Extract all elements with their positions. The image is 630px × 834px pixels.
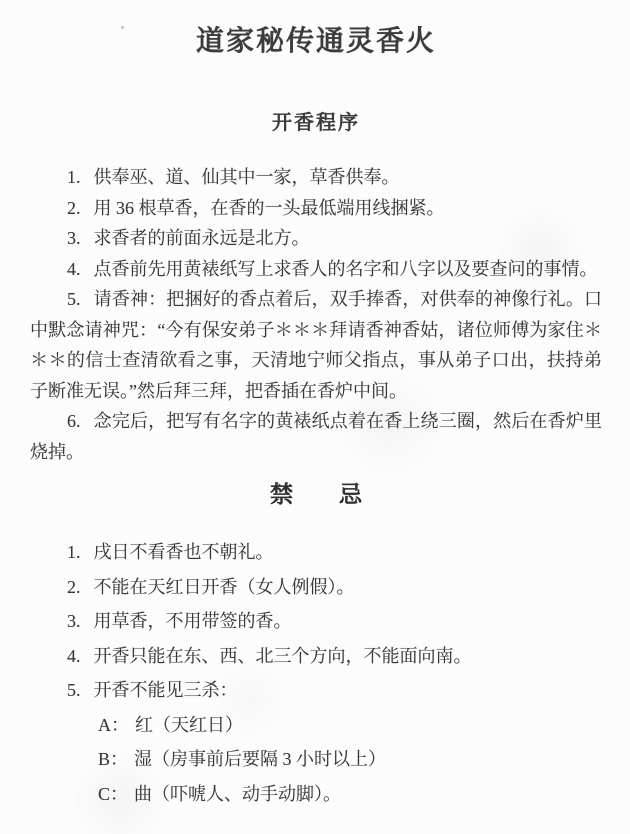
procedure-item-5: 5.请香神：把捆好的香点着后，双手捧香，对供奉的神像行礼。口中默念请神咒：“今有… xyxy=(30,284,602,406)
scanned-document-page: 道家秘传通灵香火 开香程序 1.供奉巫、道、仙其中一家，草香供奉。 2.用 36… xyxy=(0,0,630,834)
procedure-item-4: 4.点香前先用黄裱纸写上求香人的名字和八字以及要查问的事情。 xyxy=(30,254,602,285)
procedure-list: 1.供奉巫、道、仙其中一家，草香供奉。 2.用 36 根草香，在香的一头最低端用… xyxy=(30,162,602,467)
taboo-list: 1.戌日不看香也不朝礼。 2.不能在天红日开香（女人例假）。 3.用草香，不用带… xyxy=(30,535,602,811)
procedure-item-1: 1.供奉巫、道、仙其中一家，草香供奉。 xyxy=(30,162,602,193)
taboo-subitem-c: C：曲（吓唬人、动手动脚）。 xyxy=(30,777,602,812)
item-text: 念完后，把写有名字的黄裱纸点着在香上绕三圈，然后在香炉里烧掉。 xyxy=(30,411,602,462)
item-text: 点香前先用黄裱纸写上求香人的名字和八字以及要查问的事情。 xyxy=(94,259,598,279)
procedure-item-3: 3.求香者的前面永远是北方。 xyxy=(30,223,602,254)
taboo-item-5: 5.开香不能见三杀： xyxy=(30,673,602,708)
item-number: 1. xyxy=(67,542,81,562)
subitem-text: 曲（吓唬人、动手动脚）。 xyxy=(134,784,341,804)
procedure-item-6: 6.念完后，把写有名字的黄裱纸点着在香上绕三圈，然后在香炉里烧掉。 xyxy=(30,406,602,467)
taboo-section-heading: 禁 忌 xyxy=(30,479,602,509)
item-number: 6. xyxy=(67,411,81,431)
scan-speck xyxy=(121,26,124,29)
item-number: 3. xyxy=(67,228,81,248)
item-text: 求香者的前面永远是北方。 xyxy=(94,228,310,248)
procedure-item-2: 2.用 36 根草香，在香的一头最低端用线捆紧。 xyxy=(30,193,602,224)
taboo-item-1: 1.戌日不看香也不朝礼。 xyxy=(30,535,602,570)
item-text: 开香只能在东、西、北三个方向，不能面向南。 xyxy=(94,646,472,666)
item-text: 用 36 根草香，在香的一头最低端用线捆紧。 xyxy=(94,198,445,218)
subitem-label: B： xyxy=(98,749,128,769)
item-number: 2. xyxy=(67,577,81,597)
item-number: 3. xyxy=(67,611,81,631)
taboo-subitem-a: A：红（天红日） xyxy=(30,708,602,743)
page-content: 道家秘传通灵香火 开香程序 1.供奉巫、道、仙其中一家，草香供奉。 2.用 36… xyxy=(0,24,630,811)
subitem-label: C： xyxy=(98,784,128,804)
item-text: 供奉巫、道、仙其中一家，草香供奉。 xyxy=(94,167,400,187)
item-number: 2. xyxy=(67,198,81,218)
subitem-text: 红（天红日） xyxy=(135,715,243,735)
item-number: 4. xyxy=(67,646,81,666)
taboo-item-2: 2.不能在天红日开香（女人例假）。 xyxy=(30,570,602,605)
procedure-section-heading: 开香程序 xyxy=(30,110,602,136)
subitem-text: 湿（房事前后要隔 3 小时以上） xyxy=(134,749,386,769)
subitem-label: A： xyxy=(98,715,129,735)
taboo-item-4: 4.开香只能在东、西、北三个方向，不能面向南。 xyxy=(30,639,602,674)
document-title: 道家秘传通灵香火 xyxy=(30,24,602,60)
taboo-subitem-b: B：湿（房事前后要隔 3 小时以上） xyxy=(30,742,602,777)
item-number: 5. xyxy=(67,680,81,700)
item-text: 戌日不看香也不朝礼。 xyxy=(94,542,274,562)
item-text: 开香不能见三杀： xyxy=(94,680,238,700)
item-text: 请香神：把捆好的香点着后，双手捧香，对供奉的神像行礼。口中默念请神咒：“今有保安… xyxy=(30,289,602,401)
item-number: 5. xyxy=(67,289,81,309)
item-text: 用草香，不用带签的香。 xyxy=(94,611,292,631)
taboo-item-3: 3.用草香，不用带签的香。 xyxy=(30,604,602,639)
item-text: 不能在天红日开香（女人例假）。 xyxy=(94,577,355,597)
item-number: 4. xyxy=(67,259,81,279)
item-number: 1. xyxy=(67,167,81,187)
